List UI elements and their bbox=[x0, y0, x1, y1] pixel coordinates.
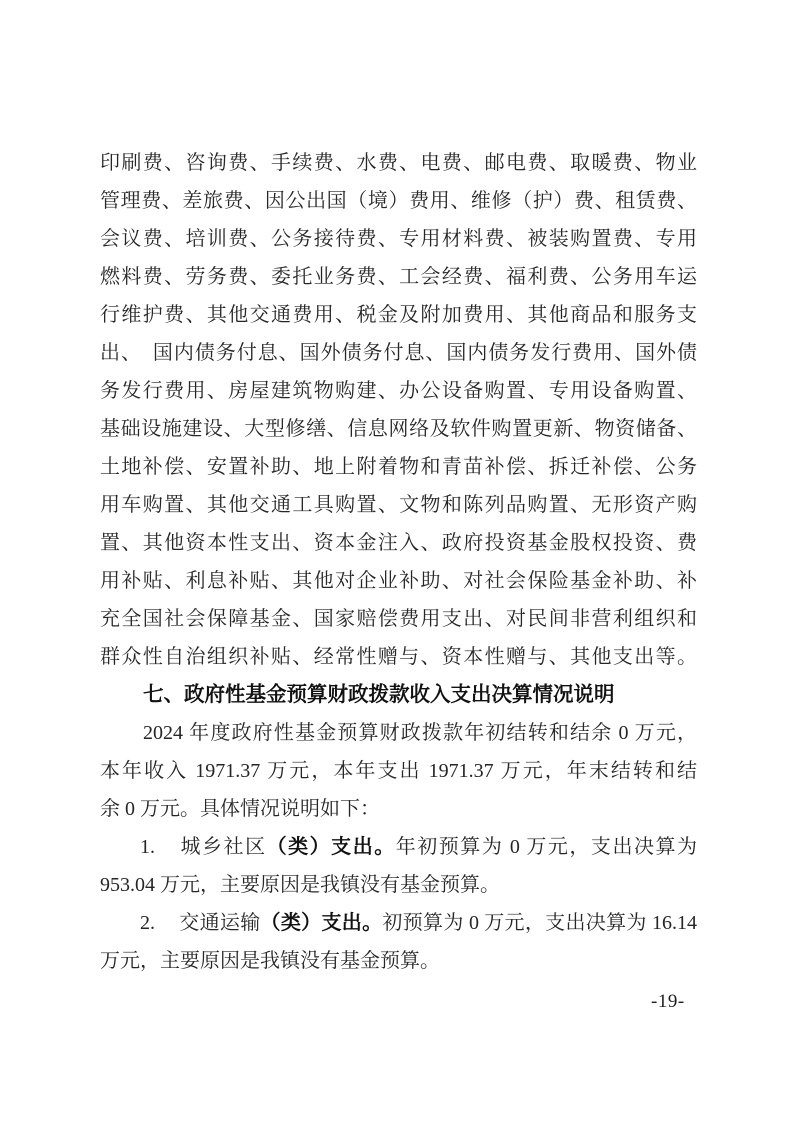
list-item-1-number: 1. bbox=[140, 836, 155, 858]
list-item-1-title-bold: （类）支出。 bbox=[267, 836, 396, 858]
list-item-1-title: 城乡社区 bbox=[179, 836, 267, 858]
expenses-paragraph-line: 土地补偿、安置补助、地上附着物和青苗补偿、拆迁补偿、公务 bbox=[100, 448, 697, 486]
list-item-2-title-bold: （类）支出。 bbox=[261, 912, 383, 934]
list-item-2-line-1: 2.交通运输（类）支出。初预算为 0 万元，支出决算为 16.14 bbox=[100, 904, 697, 942]
expenses-paragraph-line: 基础设施建设、大型修缮、信息网络及软件购置更新、物资储备、 bbox=[100, 410, 697, 448]
expenses-paragraph-line: 群众性自治组织补贴、经常性赠与、资本性赠与、其他支出等。 bbox=[100, 638, 697, 676]
expenses-paragraph-line: 用车购置、其他交通工具购置、文物和陈列品购置、无形资产购 bbox=[100, 486, 697, 524]
list-item-1-line-1: 1.城乡社区（类）支出。年初预算为 0 万元，支出决算为 bbox=[100, 828, 697, 866]
document-page: { "page": { "background": "#ffffff", "te… bbox=[0, 0, 793, 1122]
list-item-2-line-2: 万元，主要原因是我镇没有基金预算。 bbox=[100, 942, 697, 980]
list-item-1-text: 年初预算为 0 万元，支出决算为 bbox=[396, 836, 697, 858]
expenses-paragraph-line: 置、其他资本性支出、资本金注入、政府投资基金股权投资、费 bbox=[100, 524, 697, 562]
expenses-paragraph-line: 印刷费、咨询费、手续费、水费、电费、邮电费、取暖费、物业 bbox=[100, 144, 697, 182]
expenses-paragraph-line: 务发行费用、房屋建筑物购建、办公设备购置、专用设备购置、 bbox=[100, 372, 697, 410]
list-item-2-title: 交通运输 bbox=[179, 912, 261, 934]
overview-paragraph-line: 余 0 万元。具体情况说明如下： bbox=[100, 790, 697, 828]
expenses-paragraph-line: 用补贴、利息补贴、其他对企业补助、对社会保险基金补助、补 bbox=[100, 562, 697, 600]
section-heading: 七、政府性基金预算财政拨款收入支出决算情况说明 bbox=[100, 676, 697, 714]
list-item-2-text: 初预算为 0 万元，支出决算为 16.14 bbox=[382, 912, 697, 934]
page-number: -19- bbox=[651, 991, 711, 1013]
expenses-paragraph-line: 会议费、培训费、公务接待费、专用材料费、被装购置费、专用 bbox=[100, 220, 697, 258]
overview-paragraph-line: 本年收入 1971.37 万元，本年支出 1971.37 万元，年末结转和结 bbox=[100, 752, 697, 790]
expenses-paragraph-line: 管理费、差旅费、因公出国（境）费用、维修（护）费、租赁费、 bbox=[100, 182, 697, 220]
list-item-2-number: 2. bbox=[140, 912, 155, 934]
list-item-1-line-2: 953.04 万元，主要原因是我镇没有基金预算。 bbox=[100, 866, 697, 904]
expenses-paragraph-line: 充全国社会保障基金、国家赔偿费用支出、对民间非营利组织和 bbox=[100, 600, 697, 638]
expenses-paragraph-line: 行维护费、其他交通费用、税金及附加费用、其他商品和服务支 bbox=[100, 296, 697, 334]
document-body: 印刷费、咨询费、手续费、水费、电费、邮电费、取暖费、物业 管理费、差旅费、因公出… bbox=[100, 144, 697, 980]
overview-paragraph-line: 2024 年度政府性基金预算财政拨款年初结转和结余 0 万元， bbox=[100, 714, 697, 752]
expenses-paragraph-line: 出、 国内债务付息、国外债务付息、国内债务发行费用、国外债 bbox=[100, 334, 697, 372]
expenses-paragraph-line: 燃料费、劳务费、委托业务费、工会经费、福利费、公务用车运 bbox=[100, 258, 697, 296]
